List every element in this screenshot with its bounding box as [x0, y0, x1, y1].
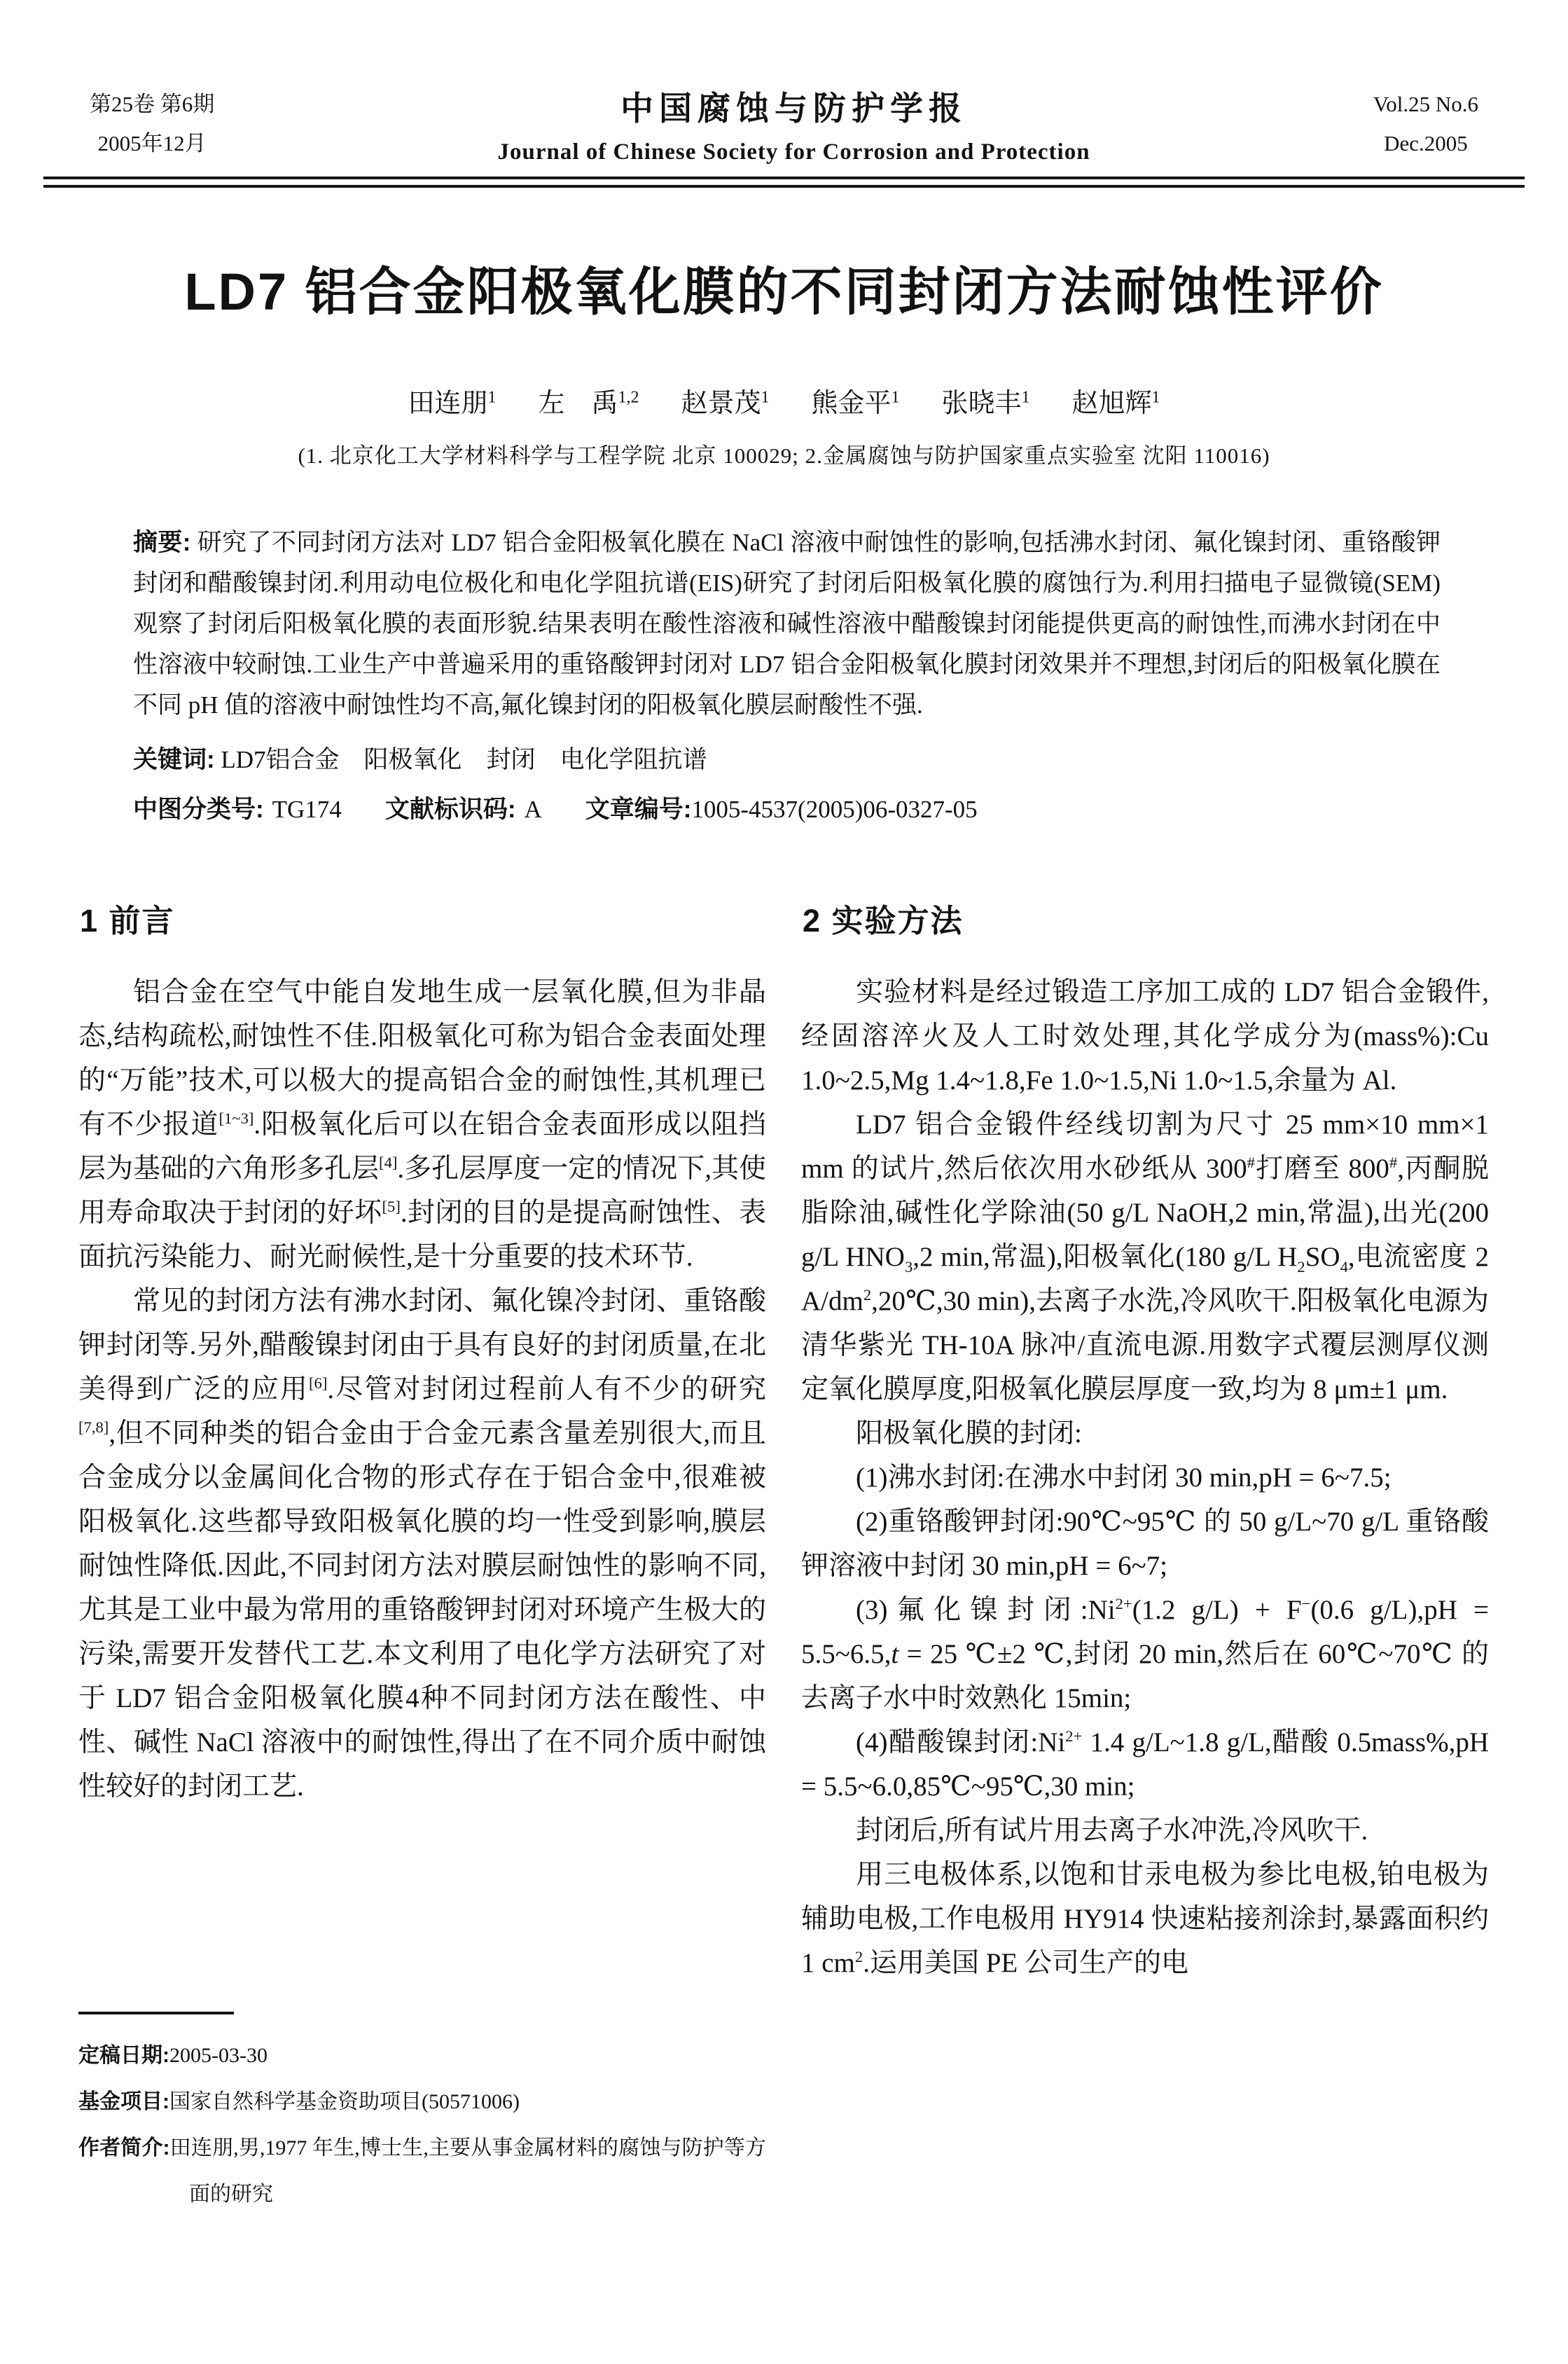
- methods-sealing-intro: 阳极氧化膜的封闭:: [801, 1411, 1489, 1456]
- article-title: LD7 铝合金阳极氧化膜的不同封闭方法耐蚀性评价: [0, 251, 1568, 325]
- footnote-bio-label: 作者简介:: [78, 2136, 170, 2159]
- section-heading-intro: 1 前言: [80, 895, 766, 941]
- methods-paragraph-1: 实验材料是经过锻造工序加工成的 LD7 铝合金锻件,经固溶淬火及人工时效处理,其…: [801, 970, 1489, 1102]
- author-name: 赵旭辉: [1072, 389, 1152, 418]
- author-list: 田连朋1 左 禹1,2 赵景茂1 熊金平1 张晓丰1 赵旭辉1: [0, 381, 1568, 420]
- article-no-group: 文章编号:1005-4537(2005)06-0327-05: [585, 790, 978, 825]
- methods-paragraph-rinse: 封闭后,所有试片用去离子水冲洗,冷风吹干.: [801, 1809, 1489, 1853]
- keywords-line: 关键词: LD7铝合金 阳极氧化 封闭 电化学阻抗谱: [133, 742, 1441, 777]
- footnote-block: 定稿日期:2005-03-30 基金项目:国家自然科学基金资助项目(505710…: [78, 2012, 766, 2218]
- footnote-bio-value: 田连朋,男,1977 年生,博士生,主要从事金属材料的腐蚀与防护等方面的研究: [170, 2136, 766, 2206]
- footnote-fund-value: 国家自然科学基金资助项目(50571006): [169, 2090, 520, 2113]
- author-superscript: 1: [1152, 388, 1160, 406]
- footnote-fund-label: 基金项目:: [78, 2090, 169, 2113]
- methods-paragraph-electrodes: 用三电极体系,以饱和甘汞电极为参比电极,铂电极为辅助电极,工作电极用 HY914…: [801, 1853, 1489, 1985]
- doc-code-label: 文献标识码:: [385, 796, 516, 823]
- header-issue-block: 第25卷 第6期 2005年12月: [90, 85, 214, 163]
- author-name: 熊金平: [812, 389, 891, 418]
- author: 田连朋1: [408, 381, 496, 420]
- author-superscript: 1: [487, 388, 496, 406]
- footnote-received: 定稿日期:2005-03-30: [78, 2033, 766, 2079]
- abstract-text: 研究了不同封闭方法对 LD7 铝合金阳极氧化膜在 NaCl 溶液中耐蚀性的影响,…: [133, 529, 1441, 719]
- date-cn: 2005年12月: [90, 124, 214, 163]
- doc-code-group: 文献标识码:A: [385, 790, 542, 825]
- author-name: 张晓丰: [942, 389, 1022, 418]
- date-en: Dec.2005: [1373, 124, 1478, 163]
- methods-seal-item-4: (4)醋酸镍封闭:Ni2+ 1.4 g/L~1.8 g/L,醋酸 0.5mass…: [801, 1720, 1489, 1809]
- footnote-received-label: 定稿日期:: [78, 2044, 169, 2067]
- author-name: 田连朋: [408, 389, 487, 418]
- author-superscript: 1: [1022, 388, 1030, 406]
- author-superscript: 1: [761, 388, 770, 406]
- volume-issue-en: Vol.25 No.6: [1373, 85, 1478, 124]
- intro-paragraph-2: 常见的封闭方法有沸水封闭、氟化镍冷封闭、重铬酸钾封闭等.另外,醋酸镍封闭由于具有…: [78, 1279, 766, 1809]
- footnote-fund: 基金项目:国家自然科学基金资助项目(50571006): [78, 2079, 766, 2125]
- author-superscript: 1,2: [618, 388, 639, 406]
- author-name: 左 禹: [538, 389, 618, 418]
- article-no-label: 文章编号:: [585, 796, 692, 823]
- classification-line: 中图分类号:TG174 文献标识码:A 文章编号:1005-4537(2005)…: [133, 790, 1441, 825]
- header-volume-block: Vol.25 No.6 Dec.2005: [1373, 85, 1478, 163]
- volume-issue-cn: 第25卷 第6期: [90, 85, 214, 124]
- intro-paragraph-1: 铝合金在空气中能自发地生成一层氧化膜,但为非晶态,结构疏松,耐蚀性不佳.阳极氧化…: [78, 970, 766, 1279]
- author-superscript: 1: [891, 388, 900, 406]
- clc-number: TG174: [272, 796, 342, 823]
- methods-seal-item-3: (3)氟化镍封闭:Ni2+(1.2 g/L) + F−(0.6 g/L),pH …: [801, 1588, 1489, 1720]
- journal-paper-page: 第25卷 第6期 2005年12月 中国腐蚀与防护学报 Journal of C…: [0, 0, 1568, 2364]
- left-column: 1 前言 铝合金在空气中能自发地生成一层氧化膜,但为非晶态,结构疏松,耐蚀性不佳…: [78, 892, 766, 2288]
- body-columns: 1 前言 铝合金在空气中能自发地生成一层氧化膜,但为非晶态,结构疏松,耐蚀性不佳…: [0, 892, 1568, 2288]
- clc-group: 中图分类号:TG174: [133, 790, 342, 825]
- footnote-bio: 作者简介:田连朋,男,1977 年生,博士生,主要从事金属材料的腐蚀与防护等方面…: [78, 2125, 766, 2218]
- header-journal-block: 中国腐蚀与防护学报 Journal of Chinese Society for…: [214, 83, 1373, 165]
- header-rule-top: [43, 177, 1525, 179]
- author: 张晓丰1: [942, 381, 1030, 420]
- right-column: 2 实验方法 实验材料是经过锻造工序加工成的 LD7 铝合金锻件,经固溶淬火及人…: [801, 892, 1489, 2288]
- methods-seal-item-1: (1)沸水封闭:在沸水中封闭 30 min,pH = 6~7.5;: [801, 1456, 1489, 1500]
- keywords-label: 关键词:: [133, 746, 215, 773]
- author-name: 赵景茂: [681, 389, 761, 418]
- journal-title-en: Journal of Chinese Society for Corrosion…: [214, 139, 1373, 165]
- doc-code: A: [524, 796, 541, 823]
- author: 赵旭辉1: [1072, 381, 1160, 420]
- author: 赵景茂1: [681, 381, 769, 420]
- header-divider: [0, 177, 1568, 188]
- article-number: 1005-4537(2005)06-0327-05: [691, 796, 977, 823]
- journal-title-cn: 中国腐蚀与防护学报: [214, 83, 1373, 130]
- footnote-received-value: 2005-03-30: [169, 2044, 268, 2067]
- author: 熊金平1: [812, 381, 900, 420]
- page-header: 第25卷 第6期 2005年12月 中国腐蚀与防护学报 Journal of C…: [0, 0, 1568, 165]
- author: 左 禹1,2: [538, 381, 639, 420]
- header-rule-bottom: [43, 185, 1525, 188]
- affiliation-line: (1. 北京化工大学材料科学与工程学院 北京 100029; 2.金属腐蚀与防护…: [0, 438, 1568, 469]
- footnote-rule: [78, 2012, 234, 2014]
- keywords-text: LD7铝合金 阳极氧化 封闭 电化学阻抗谱: [221, 746, 707, 773]
- section-heading-methods: 2 实验方法: [803, 895, 1489, 941]
- methods-seal-item-2: (2)重铬酸钾封闭:90℃~95℃ 的 50 g/L~70 g/L 重铬酸钾溶液…: [801, 1500, 1489, 1588]
- abstract-label: 摘要:: [133, 529, 190, 556]
- abstract-block: 摘要: 研究了不同封闭方法对 LD7 铝合金阳极氧化膜在 NaCl 溶液中耐蚀性…: [133, 523, 1441, 726]
- methods-paragraph-2: LD7 铝合金锻件经线切割为尺寸 25 mm×10 mm×1 mm 的试片,然后…: [801, 1102, 1489, 1411]
- clc-label: 中图分类号:: [133, 796, 264, 823]
